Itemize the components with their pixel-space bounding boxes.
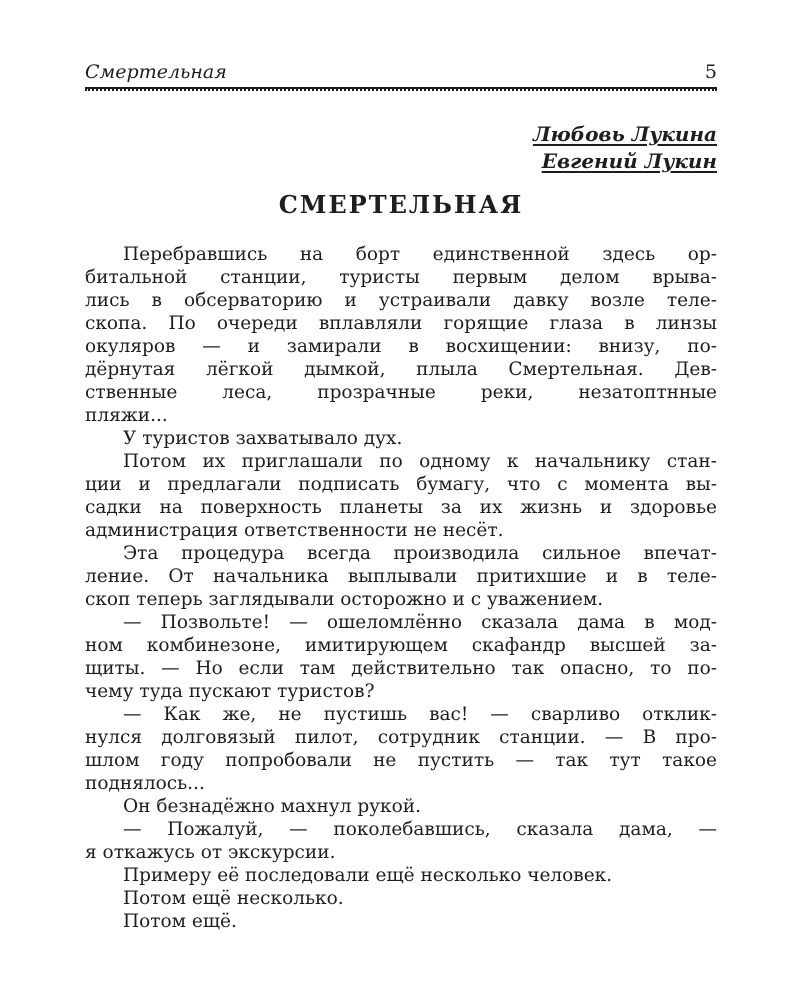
authors-block: Любовь Лукина Евгений Лукин	[85, 121, 717, 175]
body-line: шлом году попробовали не пустить — так т…	[85, 749, 717, 772]
body-line: пляжи...	[85, 404, 717, 427]
page-number: 5	[705, 60, 717, 84]
author-name: Любовь Лукина	[533, 122, 717, 146]
body-line: Потом ещё.	[85, 910, 717, 933]
body-line: — Позвольте! — ошеломлённо сказала дама …	[85, 611, 717, 634]
body-line: ном комбинезоне, имитирующем скафандр вы…	[85, 634, 717, 657]
body-line: ление. От начальника выплывали притихшие…	[85, 565, 717, 588]
body-line: нулся долговязый пилот, сотрудник станци…	[85, 726, 717, 749]
body-line: ственные леса, прозрачные реки, незатопт…	[85, 381, 717, 404]
body-line: дёрнутая лёгкой дымкой, плыла Смертельна…	[85, 358, 717, 381]
body-line: У туристов захватывало дух.	[85, 427, 717, 450]
book-page: Смертельная 5 Любовь Лукина Евгений Луки…	[0, 0, 800, 1000]
body-line: администрация ответственности не несёт.	[85, 519, 717, 542]
header-rule	[85, 87, 717, 91]
body-line: лись в обсерваторию и устраивали давку в…	[85, 289, 717, 312]
body-line: скоп теперь заглядывали осторожно и с ув…	[85, 588, 717, 611]
body-line: щиты. — Но если там действительно так оп…	[85, 657, 717, 680]
body-line: Эта процедура всегда производила сильное…	[85, 542, 717, 565]
running-title: Смертельная	[85, 60, 227, 84]
body-line: садки на поверхность планеты за их жизнь…	[85, 496, 717, 519]
running-header: Смертельная 5	[85, 60, 717, 84]
body-line: поднялось...	[85, 772, 717, 795]
body-line: я откажусь от экскурсии.	[85, 841, 717, 864]
body-line: Он безнадёжно махнул рукой.	[85, 795, 717, 818]
body-line: Примеру её последовали ещё несколько чел…	[85, 864, 717, 887]
story-title: СМЕРТЕЛЬНАЯ	[85, 191, 717, 219]
body-line: — Как же, не пустишь вас! — сварливо отк…	[85, 703, 717, 726]
body-line: Перебравшись на борт единственной здесь …	[85, 243, 717, 266]
body-line: окуляров — и замирали в восхищении: вниз…	[85, 335, 717, 358]
body-line: Потом их приглашали по одному к начальни…	[85, 450, 717, 473]
body-line: Потом ещё несколько.	[85, 887, 717, 910]
body-line: битальной станции, туристы первым делом …	[85, 266, 717, 289]
body-line: ции и предлагали подписать бумагу, что с…	[85, 473, 717, 496]
body-line: скопа. По очереди вплавляли горящие глаз…	[85, 312, 717, 335]
body-line: — Пожалуй, — поколебавшись, сказала дама…	[85, 818, 717, 841]
body-text: Перебравшись на борт единственной здесь …	[85, 243, 717, 933]
body-line: чему туда пускают туристов?	[85, 680, 717, 703]
page-content: Смертельная 5 Любовь Лукина Евгений Луки…	[85, 60, 717, 933]
author-name: Евгений Лукин	[542, 149, 717, 173]
